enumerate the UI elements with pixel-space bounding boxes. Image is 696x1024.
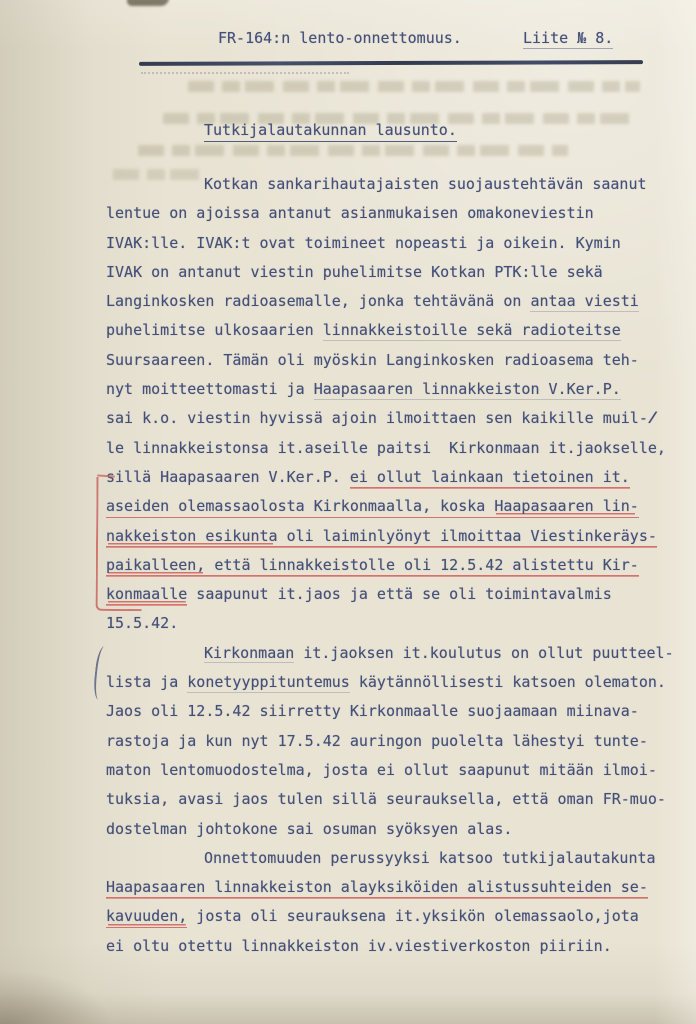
- faint-underlined-text: linnakkeistoille sekä radioteitse: [323, 321, 621, 341]
- text-line: dostelman johtokone sai osuman syöksyen …: [106, 815, 674, 844]
- text-segment: le linnakkeistonsa it.aseille paitsi Kir…: [106, 439, 666, 457]
- text-segment: 15.5.42.: [106, 614, 178, 632]
- scanned-document-page: FR-164:n lento-onnettomuus. Liite № 8. T…: [0, 0, 696, 1024]
- red-margin-bracket: [96, 477, 143, 611]
- faint-underlined-text: antaa viesti: [530, 292, 638, 312]
- text-line: Onnettomuuden perussyyksi katsoo tutkija…: [106, 844, 674, 873]
- header-divider-rule: [139, 60, 643, 65]
- text-line: kavuuden, josta oli seurauksena it.yksik…: [106, 902, 674, 931]
- red-underlined-text: ei ollut lainkaan tietoinen it.: [350, 468, 630, 489]
- red-underlined-text: Haapasaaren lin-: [494, 497, 639, 518]
- scan-edge-smudge: [127, 0, 169, 6]
- header-divider-ghost-line: [141, 72, 349, 74]
- section-title: Tutkijalautakunnan lausunto.: [204, 121, 457, 139]
- text-line: sillä Haapasaaren V.Ker.P. ei ollut lain…: [106, 463, 674, 492]
- text-line: rastoja ja kun nyt 17.5.42 auringon puol…: [106, 727, 674, 756]
- text-segment: dostelman johtokone sai osuman syöksyen …: [106, 820, 512, 838]
- text-segment: nyt moitteettomasti ja: [106, 380, 314, 398]
- text-line: IVAK:lle. IVAK:t ovat toimineet nopeasti…: [106, 229, 674, 258]
- red-underlined-text: että linnakkeistolle oli 12.5.42 alistet…: [205, 556, 638, 577]
- text-segment: it.jaoksen it.koulutus on ollut puutteel…: [294, 644, 673, 662]
- text-line: ei oltu otettu linnakkeiston iv.viestive…: [106, 932, 674, 961]
- text-line: lista ja konetyyppituntemus käytännöllis…: [106, 668, 674, 697]
- text-line: Haapasaaren linnakkeiston alayksiköiden …: [106, 873, 674, 902]
- text-line: maton lentomuodostelma, josta ei ollut s…: [106, 756, 674, 785]
- text-segment: lentue on ajoissa antanut asianmukaisen …: [106, 204, 594, 222]
- red-underlined-text: Haapasaaren linnakkeiston alayksiköiden …: [106, 878, 648, 899]
- text-line: IVAK on antanut viestin puhelimitse Kotk…: [106, 258, 674, 287]
- text-line: le linnakkeistonsa it.aseille paitsi Kir…: [106, 434, 674, 463]
- text-segment: käytännöllisesti katsoen olematon.: [350, 673, 666, 691]
- text-segment: Suursaareen. Tämän oli myöskin Langinkos…: [106, 351, 639, 369]
- text-segment: IVAK:lle. IVAK:t ovat toimineet nopeasti…: [106, 234, 621, 252]
- text-segment: IVAK on antanut viestin puhelimitse Kotk…: [106, 263, 603, 281]
- text-line: Langinkosken radioasemalle, jonka tehtäv…: [106, 287, 674, 316]
- section-title-text: Tutkijalautakunnan lausunto.: [204, 121, 457, 142]
- text-segment: Jaos oli 12.5.42 siirretty Kirkonmaalle …: [106, 702, 639, 720]
- text-segment: sai k.o. viestin hyvissä ajoin ilmoittae…: [106, 409, 648, 427]
- red-underlined-text: oli laiminlyönyt ilmoittaa Viestinkeräys…: [278, 527, 657, 548]
- text-segment: sillä Haapasaaren V.Ker.P.: [106, 468, 350, 486]
- text-segment: maton lentomuodostelma, josta ei ollut s…: [106, 761, 657, 779]
- text-line: Kirkonmaan it.jaoksen it.koulutus on oll…: [106, 639, 674, 668]
- text-segment: Onnettomuuden perussyyksi katsoo tutkija…: [204, 849, 656, 867]
- text-line: puhelimitse ulkosaarien linnakkeistoille…: [106, 316, 674, 345]
- text-segment: rastoja ja kun nyt 17.5.42 auringon puol…: [106, 732, 648, 750]
- bleedthrough-text-smudge: [188, 81, 640, 92]
- text-segment: puhelimitse ulkosaarien: [106, 321, 323, 339]
- document-header-title: FR-164:n lento-onnettomuus.: [218, 29, 462, 47]
- text-segment: tuksia, avasi jaos tulen sillä seuraukse…: [106, 790, 666, 808]
- text-line: nakkeiston esikunta oli laiminlyönyt ilm…: [106, 522, 674, 551]
- text-line: tuksia, avasi jaos tulen sillä seuraukse…: [106, 785, 674, 814]
- attachment-number-label: Liite № 8.: [523, 29, 613, 49]
- handwritten-slash: /: [646, 403, 659, 433]
- text-line: aseiden olemassaolosta Kirkonmaalla, kos…: [106, 492, 674, 521]
- text-line: Suursaareen. Tämän oli myöskin Langinkos…: [106, 346, 674, 375]
- text-line: paikalleen, että linnakkeistolle oli 12.…: [106, 551, 674, 580]
- text-line: nyt moitteettomasti ja Haapasaaren linna…: [106, 375, 674, 404]
- body-text: Kotkan sankarihautajaisten suojaustehtäv…: [106, 170, 674, 961]
- text-segment: lista ja: [106, 673, 187, 691]
- text-line: lentue on ajoissa antanut asianmukaisen …: [106, 199, 674, 228]
- text-segment: josta oli seurauksena it.yksikön olemass…: [187, 907, 639, 925]
- text-segment: Kotkan sankarihautajaisten suojaustehtäv…: [204, 175, 647, 193]
- text-line: konmaalle saapunut it.jaos ja että se ol…: [106, 580, 674, 609]
- text-segment: ei oltu otettu linnakkeiston iv.viestive…: [106, 937, 612, 955]
- text-line: sai k.o. viestin hyvissä ajoin ilmoittae…: [106, 404, 674, 433]
- text-line: Jaos oli 12.5.42 siirretty Kirkonmaalle …: [106, 697, 674, 726]
- red-underlined-text: aseiden olemassaolosta Kirkonmaalla, kos…: [106, 497, 494, 518]
- text-line: Kotkan sankarihautajaisten suojaustehtäv…: [106, 170, 674, 199]
- faint-underlined-text: konetyyppituntemus: [187, 673, 350, 693]
- faint-underlined-text: Kirkonmaan: [204, 644, 294, 664]
- faint-underlined-text: Haapasaaren linnakkeiston V.Ker.P.: [314, 380, 621, 400]
- text-line: 15.5.42.: [106, 609, 674, 638]
- red-underlined-text: kavuuden,: [106, 907, 187, 928]
- text-segment: Langinkosken radioasemalle, jonka tehtäv…: [106, 292, 530, 310]
- text-segment: saapunut it.jaos ja että se oli toiminta…: [187, 585, 611, 603]
- bleedthrough-text-smudge: [138, 145, 568, 156]
